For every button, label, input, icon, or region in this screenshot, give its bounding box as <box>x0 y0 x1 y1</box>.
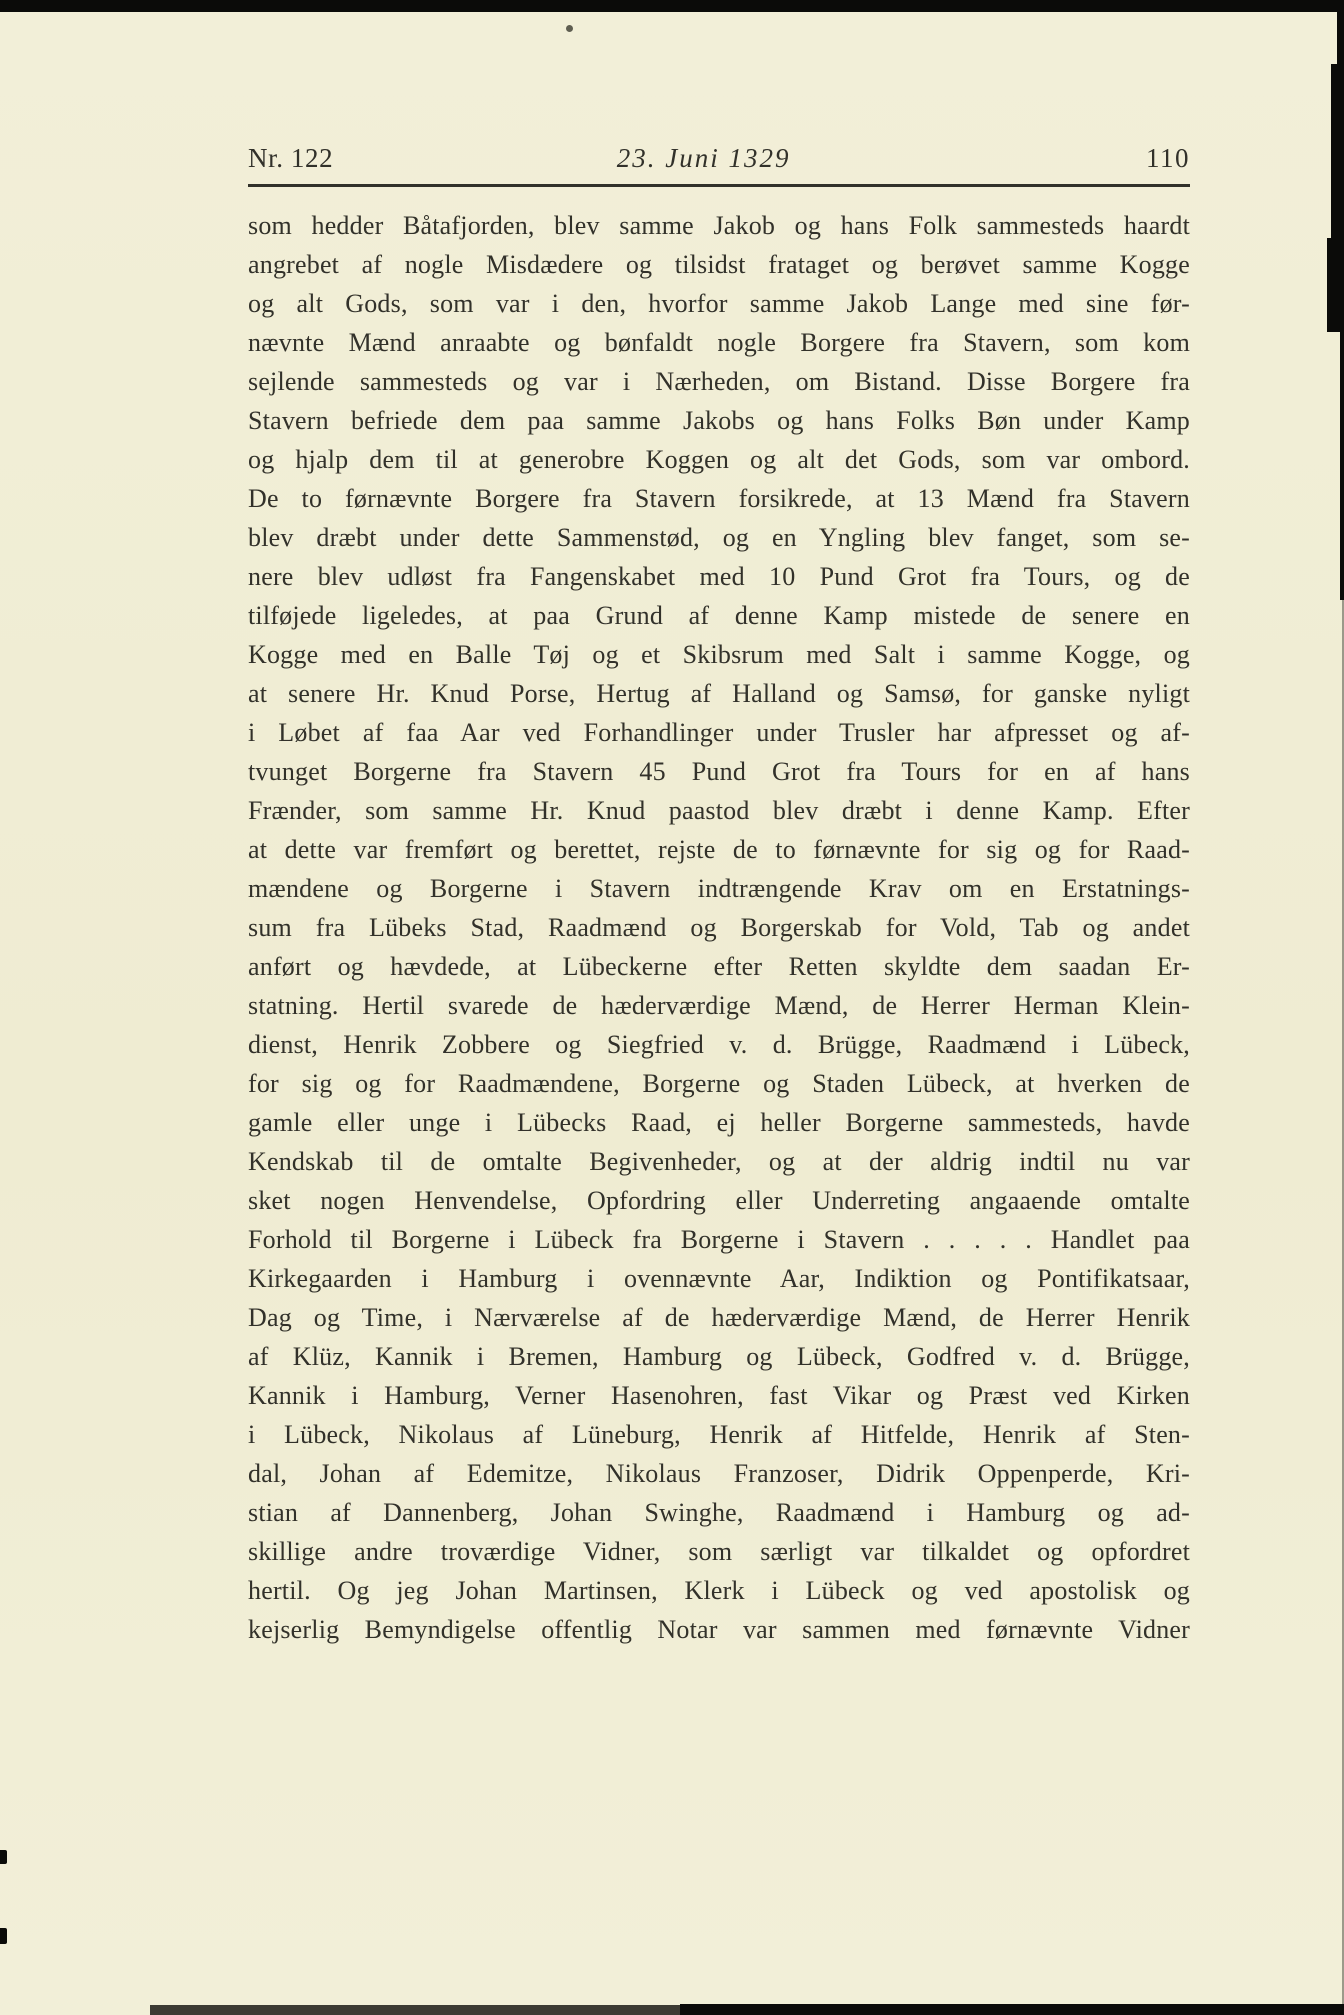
text-line: Kendskab til de omtalte Begivenheder, og… <box>248 1142 1190 1181</box>
text-line: statning. Hertil svarede de hæderværdige… <box>248 986 1190 1025</box>
text-line: dienst, Henrik Zobbere og Siegfried v. d… <box>248 1025 1190 1064</box>
text-line: for sig og for Raadmændene, Borgerne og … <box>248 1064 1190 1103</box>
scan-artifact-right-edge <box>1327 238 1344 332</box>
text-line: Kannik i Hamburg, Verner Hasenohren, fas… <box>248 1376 1190 1415</box>
text-line: skillige andre troværdige Vidner, som sæ… <box>248 1532 1190 1571</box>
text-line: Kogge med en Balle Tøj og et Skibsrum me… <box>248 635 1190 674</box>
scan-artifact-top-edge <box>0 0 1344 12</box>
header-rule <box>248 184 1190 187</box>
text-line: af Klüz, Kannik i Bremen, Hamburg og Lüb… <box>248 1337 1190 1376</box>
text-line: gamle eller unge i Lübecks Raad, ej hell… <box>248 1103 1190 1142</box>
scan-artifact-right-edge <box>1331 64 1344 240</box>
text-line: anført og hævdede, at Lübeckerne efter R… <box>248 947 1190 986</box>
text-line: stian af Dannenberg, Johan Swinghe, Raad… <box>248 1493 1190 1532</box>
scan-artifact-speck <box>0 1850 7 1864</box>
text-line: sum fra Lübeks Stad, Raadmænd og Borgers… <box>248 908 1190 947</box>
text-line: Forhold til Borgerne i Lübeck fra Borger… <box>248 1220 1190 1259</box>
text-line: Kirkegaarden i Hamburg i ovennævnte Aar,… <box>248 1259 1190 1298</box>
text-line: sket nogen Henvendelse, Opfordring eller… <box>248 1181 1190 1220</box>
scan-artifact-bottom-edge <box>150 2005 690 2015</box>
text-line: tvunget Borgerne fra Stavern 45 Pund Gro… <box>248 752 1190 791</box>
text-line: De to førnævnte Borgere fra Stavern fors… <box>248 479 1190 518</box>
document-number: Nr. 122 <box>248 143 333 174</box>
scanned-book-page: Nr. 122 23. Juni 1329 110 som hedder Båt… <box>0 0 1344 2015</box>
scan-artifact-speck <box>566 25 573 32</box>
text-line: hertil. Og jeg Johan Martinsen, Klerk i … <box>248 1571 1190 1610</box>
text-line: dal, Johan af Edemitze, Nikolaus Franzos… <box>248 1454 1190 1493</box>
text-line: at senere Hr. Knud Porse, Hertug af Hall… <box>248 674 1190 713</box>
text-line: nævnte Mænd anraabte og bønfaldt nogle B… <box>248 323 1190 362</box>
text-line: sejlende sammesteds og var i Nærheden, o… <box>248 362 1190 401</box>
text-line: at dette var fremført og berettet, rejst… <box>248 830 1190 869</box>
text-line: angrebet af nogle Misdædere og tilsidst … <box>248 245 1190 284</box>
text-line: som hedder Båtafjorden, blev samme Jakob… <box>248 206 1190 245</box>
text-line: kejserlig Bemyndigelse offentlig Notar v… <box>248 1610 1190 1649</box>
text-line: og alt Gods, som var i den, hvorfor samm… <box>248 284 1190 323</box>
document-body: som hedder Båtafjorden, blev samme Jakob… <box>248 206 1190 1649</box>
scan-artifact-right-edge <box>1340 332 1344 600</box>
scan-artifact-bottom-edge <box>680 2004 1344 2015</box>
text-line: nere blev udløst fra Fangenskabet med 10… <box>248 557 1190 596</box>
text-line: Dag og Time, i Nærværelse af de hædervær… <box>248 1298 1190 1337</box>
scan-artifact-speck <box>0 1928 7 1944</box>
text-line: i Løbet af faa Aar ved Forhandlinger und… <box>248 713 1190 752</box>
page-header: Nr. 122 23. Juni 1329 110 <box>248 143 1190 174</box>
text-line: og hjalp dem til at generobre Koggen og … <box>248 440 1190 479</box>
text-line: Frænder, som samme Hr. Knud paastod blev… <box>248 791 1190 830</box>
text-line: Stavern befriede dem paa samme Jakobs og… <box>248 401 1190 440</box>
document-date: 23. Juni 1329 <box>617 143 791 174</box>
text-line: blev dræbt under dette Sammenstød, og en… <box>248 518 1190 557</box>
text-line: tilføjede ligeledes, at paa Grund af den… <box>248 596 1190 635</box>
text-line: mændene og Borgerne i Stavern indtrængen… <box>248 869 1190 908</box>
page-number: 110 <box>1146 143 1190 174</box>
text-line: i Lübeck, Nikolaus af Lüneburg, Henrik a… <box>248 1415 1190 1454</box>
